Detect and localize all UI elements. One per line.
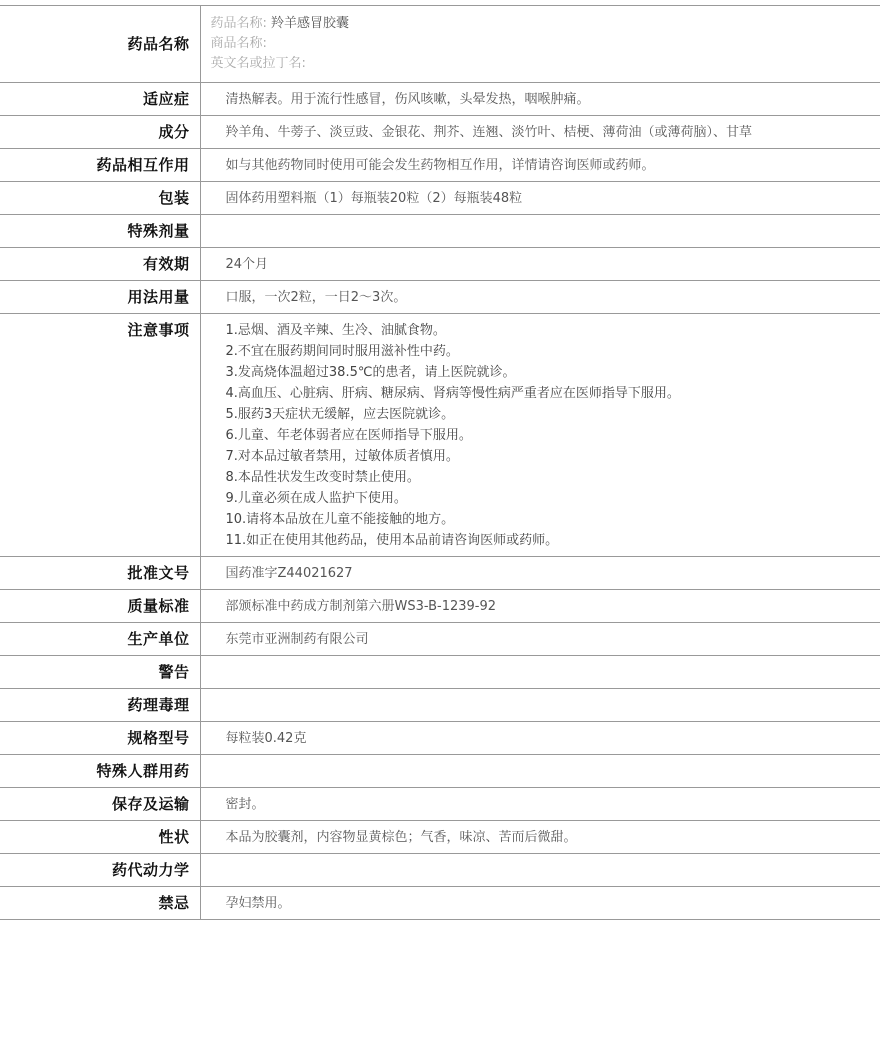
row-label: 特殊人群用药 [0, 755, 200, 788]
row-value: 如与其他药物同时使用可能会发生药物相互作用，详情请咨询医师或药师。 [200, 149, 880, 182]
row-label: 注意事项 [0, 314, 200, 557]
precaution-item: 7.对本品过敏者禁用，过敏体质者慎用。 [226, 446, 791, 467]
row-label: 生产单位 [0, 623, 200, 656]
row-label: 适应症 [0, 83, 200, 116]
trade-name-line: 商品名称: [211, 34, 871, 54]
row-value [200, 656, 880, 689]
precaution-item: 5.服药3天症状无缓解，应去医院就诊。 [226, 404, 791, 425]
trade-name-key: 商品名称: [211, 36, 267, 51]
row-dosage: 用法用量 口服，一次2粒，一日2～3次。 [0, 281, 880, 314]
row-drug-name: 药品名称 药品名称: 羚羊感冒胶囊 商品名称: 英文名或拉丁名: [0, 6, 880, 83]
row-quality-standard: 质量标准 部颁标准中药成方制剂第六册WS3-B-1239-92 [0, 590, 880, 623]
row-special-populations: 特殊人群用药 [0, 755, 880, 788]
generic-name-line: 药品名称: 羚羊感冒胶囊 [211, 14, 871, 34]
precaution-item: 11.如正在使用其他药品，使用本品前请咨询医师或药师。 [226, 530, 791, 551]
row-label: 性状 [0, 821, 200, 854]
row-pharmacokinetics: 药代动力学 [0, 854, 880, 887]
precaution-item: 2.不宜在服药期间同时服用滋补性中药。 [226, 341, 791, 362]
row-special-dosage: 特殊剂量 [0, 215, 880, 248]
row-specification: 规格型号 每粒装0.42克 [0, 722, 880, 755]
row-value: 羚羊角、牛蒡子、淡豆豉、金银花、荆芥、连翘、淡竹叶、桔梗、薄荷油（或薄荷脑）、甘… [200, 116, 880, 149]
row-value [200, 755, 880, 788]
row-approval-number: 批准文号 国药准字Z44021627 [0, 557, 880, 590]
row-description: 性状 本品为胶囊剂，内容物显黄棕色；气香，味凉、苦而后微甜。 [0, 821, 880, 854]
row-label: 药品相互作用 [0, 149, 200, 182]
row-contraindications: 禁忌 孕妇禁用。 [0, 887, 880, 920]
row-value: 口服，一次2粒，一日2～3次。 [200, 281, 880, 314]
row-value: 清热解表。用于流行性感冒，伤风咳嗽，头晕发热，咽喉肿痛。 [200, 83, 880, 116]
row-value [200, 689, 880, 722]
row-value: 每粒装0.42克 [200, 722, 880, 755]
row-label: 禁忌 [0, 887, 200, 920]
row-value: 密封。 [200, 788, 880, 821]
row-value: 药品名称: 羚羊感冒胶囊 商品名称: 英文名或拉丁名: [200, 6, 880, 83]
precaution-item: 1.忌烟、酒及辛辣、生冷、油腻食物。 [226, 320, 791, 341]
precaution-item: 8.本品性状发生改变时禁止使用。 [226, 467, 791, 488]
row-label: 警告 [0, 656, 200, 689]
precaution-item: 4.高血压、心脏病、肝病、糖尿病、肾病等慢性病严重者应在医师指导下服用。 [226, 383, 791, 404]
row-ingredients: 成分 羚羊角、牛蒡子、淡豆豉、金银花、荆芥、连翘、淡竹叶、桔梗、薄荷油（或薄荷脑… [0, 116, 880, 149]
row-label: 药理毒理 [0, 689, 200, 722]
row-pharmacology: 药理毒理 [0, 689, 880, 722]
precaution-item: 10.请将本品放在儿童不能接触的地方。 [226, 509, 791, 530]
row-label: 成分 [0, 116, 200, 149]
row-value: 国药准字Z44021627 [200, 557, 880, 590]
row-package: 包装 固体药用塑料瓶（1）每瓶装20粒（2）每瓶装48粒 [0, 182, 880, 215]
row-label: 保存及运输 [0, 788, 200, 821]
row-shelf-life: 有效期 24个月 [0, 248, 880, 281]
row-label: 有效期 [0, 248, 200, 281]
row-value [200, 215, 880, 248]
row-precautions: 注意事项 1.忌烟、酒及辛辣、生冷、油腻食物。 2.不宜在服药期间同时服用滋补性… [0, 314, 880, 557]
row-value: 固体药用塑料瓶（1）每瓶装20粒（2）每瓶装48粒 [200, 182, 880, 215]
precaution-item: 9.儿童必须在成人监护下使用。 [226, 488, 791, 509]
row-interactions: 药品相互作用 如与其他药物同时使用可能会发生药物相互作用，详情请咨询医师或药师。 [0, 149, 880, 182]
row-warning: 警告 [0, 656, 880, 689]
precaution-item: 3.发高烧体温超过38.5℃的患者，请上医院就诊。 [226, 362, 791, 383]
precaution-item: 6.儿童、年老体弱者应在医师指导下服用。 [226, 425, 791, 446]
row-label: 包装 [0, 182, 200, 215]
row-manufacturer: 生产单位 东莞市亚洲制药有限公司 [0, 623, 880, 656]
row-value: 东莞市亚洲制药有限公司 [200, 623, 880, 656]
row-label: 用法用量 [0, 281, 200, 314]
row-value [200, 854, 880, 887]
row-value: 部颁标准中药成方制剂第六册WS3-B-1239-92 [200, 590, 880, 623]
generic-name-value: 羚羊感冒胶囊 [271, 16, 349, 31]
generic-name-key: 药品名称: [211, 16, 267, 31]
drug-spec-table: 药品名称 药品名称: 羚羊感冒胶囊 商品名称: 英文名或拉丁名: 适应症 清热解… [0, 5, 880, 920]
row-label: 规格型号 [0, 722, 200, 755]
row-storage: 保存及运输 密封。 [0, 788, 880, 821]
row-label: 药代动力学 [0, 854, 200, 887]
row-label: 质量标准 [0, 590, 200, 623]
row-value: 孕妇禁用。 [200, 887, 880, 920]
row-label: 批准文号 [0, 557, 200, 590]
row-value: 本品为胶囊剂，内容物显黄棕色；气香，味凉、苦而后微甜。 [200, 821, 880, 854]
precautions-list: 1.忌烟、酒及辛辣、生冷、油腻食物。 2.不宜在服药期间同时服用滋补性中药。 3… [200, 314, 880, 557]
latin-name-line: 英文名或拉丁名: [211, 54, 871, 74]
row-label: 特殊剂量 [0, 215, 200, 248]
row-indications: 适应症 清热解表。用于流行性感冒，伤风咳嗽，头晕发热，咽喉肿痛。 [0, 83, 880, 116]
latin-name-key: 英文名或拉丁名: [211, 56, 306, 71]
row-label: 药品名称 [0, 6, 200, 83]
row-value: 24个月 [200, 248, 880, 281]
